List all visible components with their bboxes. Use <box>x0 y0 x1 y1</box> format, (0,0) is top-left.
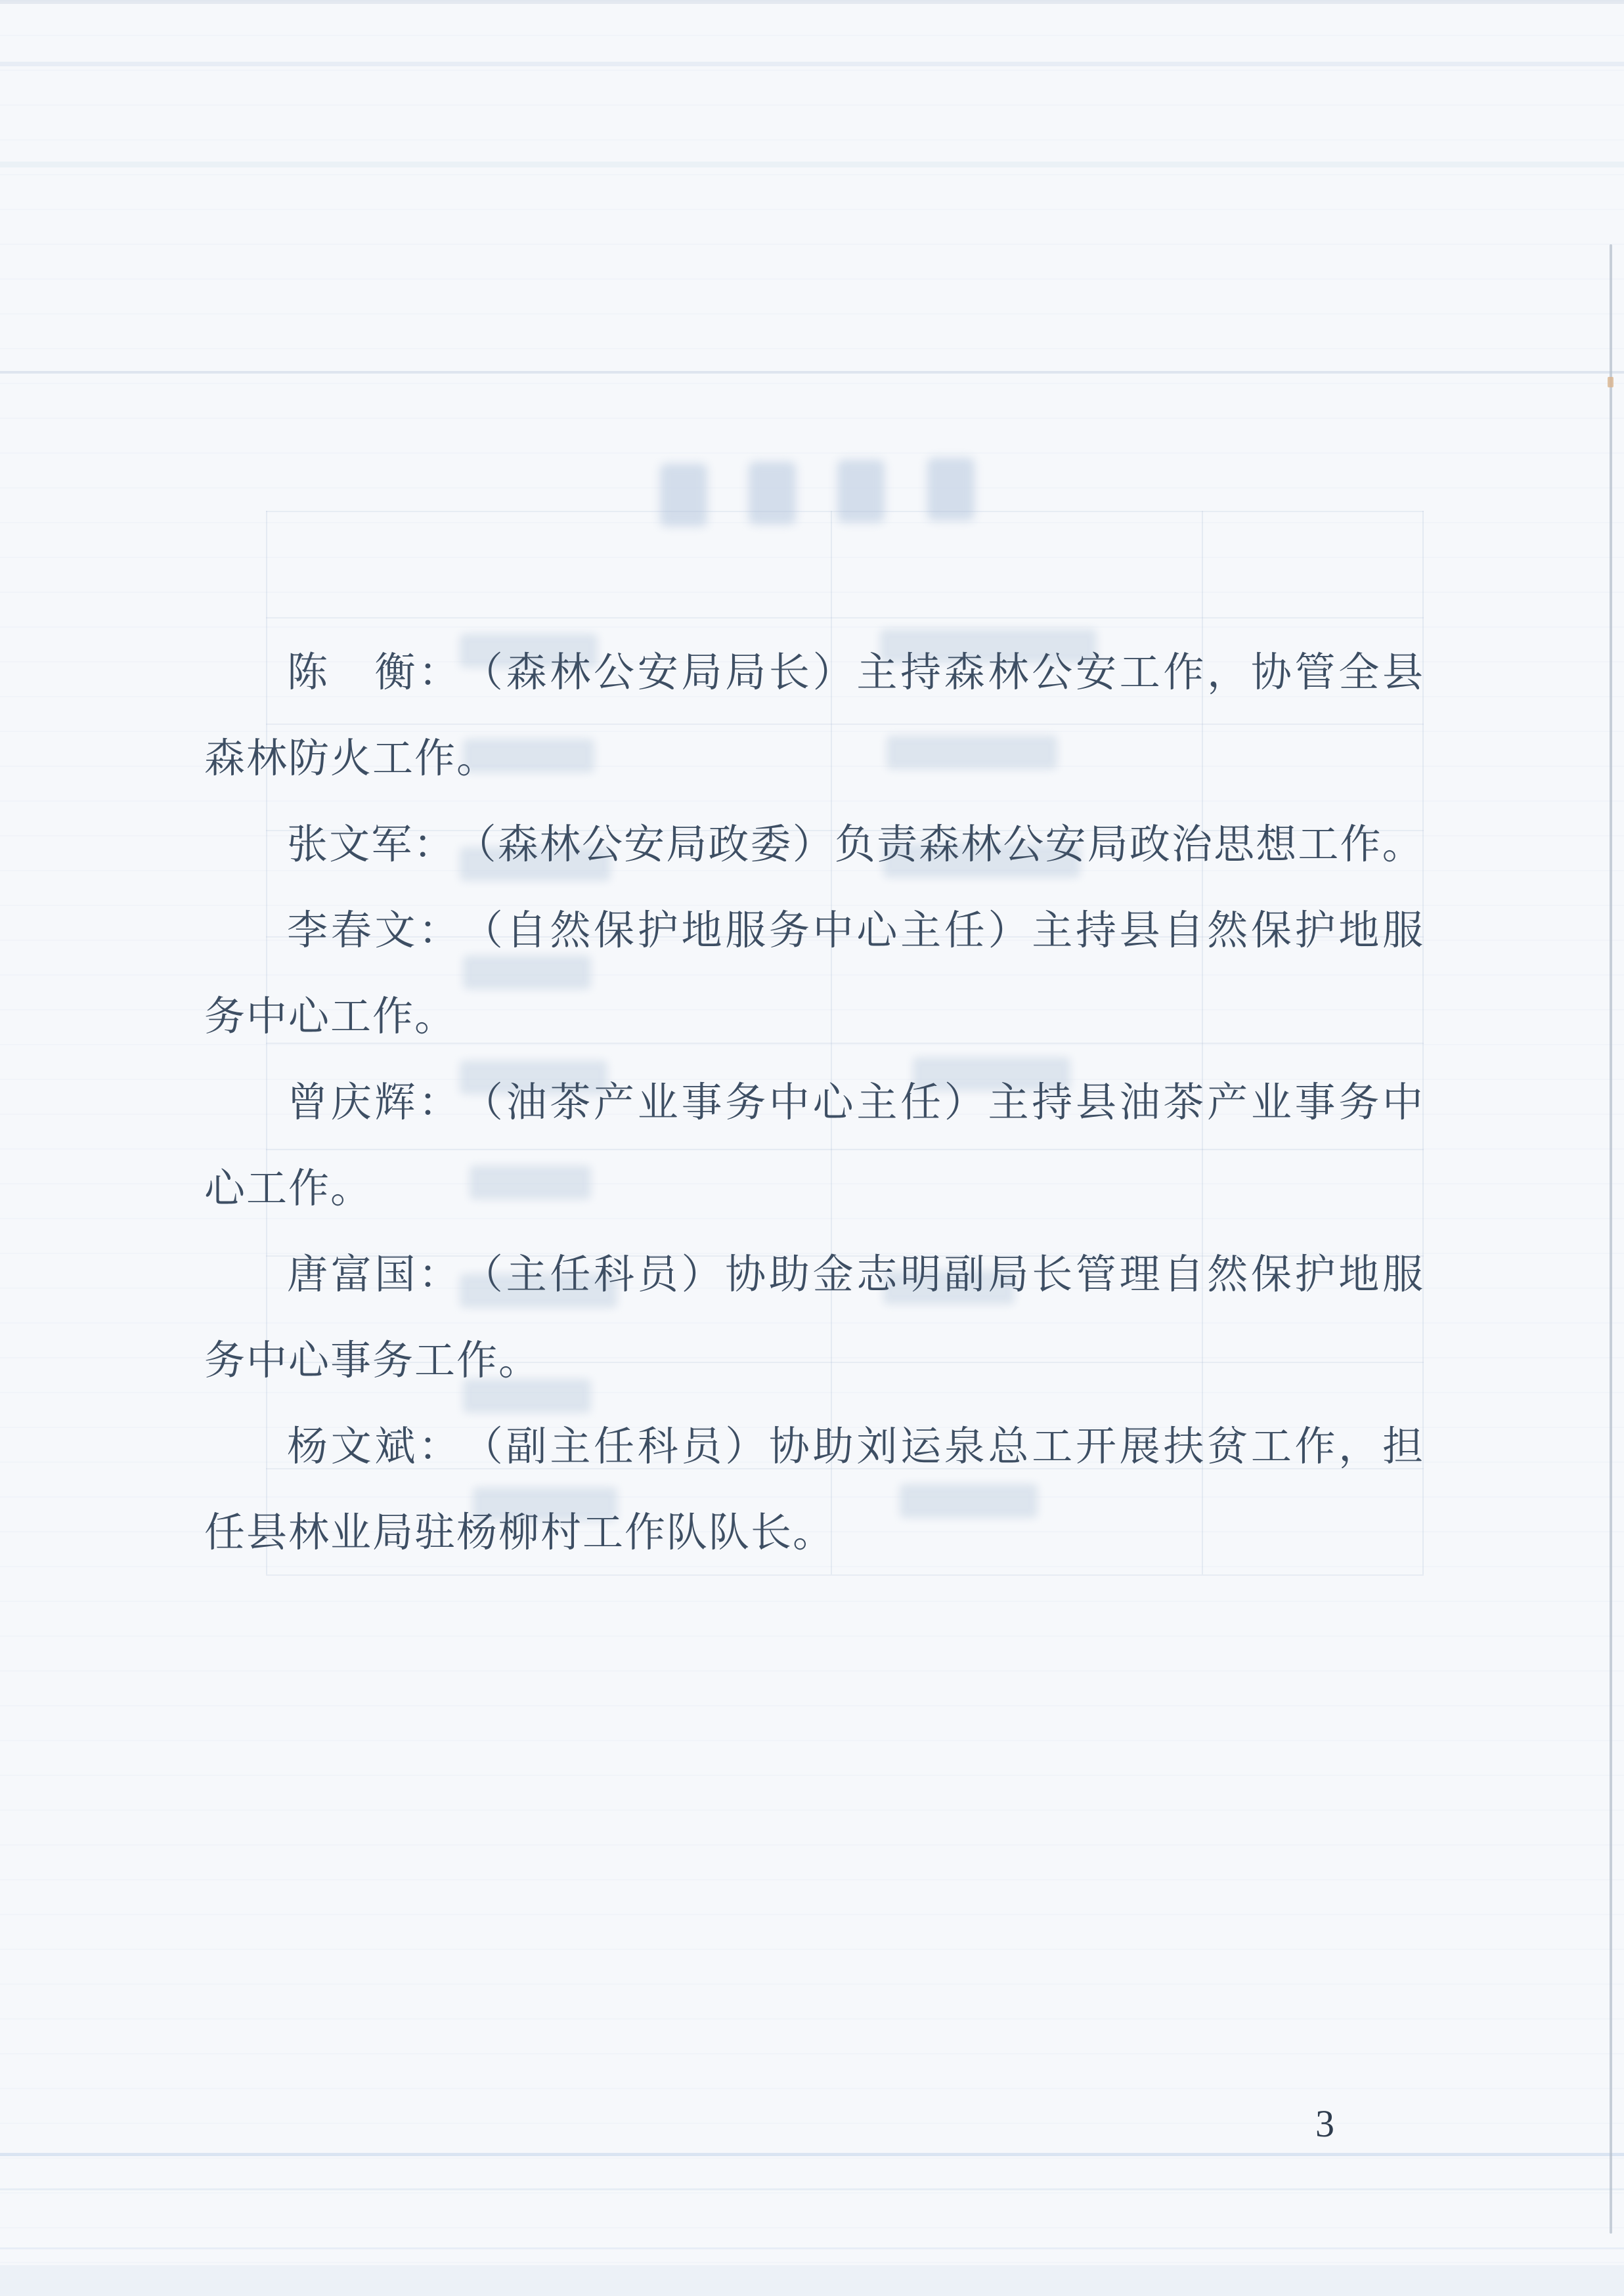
body-line: 张文军：（森林公安局政委）负责森林公安局政治思想工作。 <box>204 822 1423 868</box>
scan-streak <box>0 2265 1624 2296</box>
scan-streak <box>0 2188 1624 2190</box>
bleed-through-title-blob <box>837 460 885 523</box>
body-line: 陈 衡：（森林公安局局长）主持森林公安工作，协管全县 <box>204 650 1423 696</box>
body-line: 李春文：（自然保护地服务中心主任）主持县自然保护地服 <box>204 908 1423 954</box>
scan-streak <box>0 162 1624 167</box>
scan-streak <box>0 62 1624 66</box>
scanned-document-page: 陈 衡：（森林公安局局长）主持森林公安工作，协管全县 森林防火工作。 张文军：（… <box>0 0 1624 2296</box>
bleed-through-title-blob <box>660 464 707 527</box>
body-line: 任县林业局驻杨柳村工作队队长。 <box>204 1510 1423 1556</box>
scan-edge-mark <box>1608 377 1613 387</box>
body-line: 杨文斌：（副主任科员）协助刘运泉总工开展扶贫工作，担 <box>204 1424 1423 1470</box>
scan-streak <box>0 0 1624 4</box>
scan-streak <box>0 2153 1624 2156</box>
page-number: 3 <box>1315 2101 1361 2147</box>
body-line: 务中心工作。 <box>204 994 1423 1040</box>
body-line: 森林防火工作。 <box>204 736 1423 782</box>
scan-edge-line <box>1610 244 1612 2234</box>
scan-streak <box>0 2247 1624 2249</box>
scan-streak <box>0 371 1624 374</box>
body-line: 心工作。 <box>204 1166 1423 1212</box>
body-line: 务中心事务工作。 <box>204 1338 1423 1384</box>
body-line: 唐富国：（主任科员）协助金志明副局长管理自然保护地服 <box>204 1252 1423 1298</box>
body-line: 曾庆辉：（油茶产业事务中心主任）主持县油茶产业事务中 <box>204 1080 1423 1126</box>
bleed-through-title-blob <box>749 462 796 525</box>
